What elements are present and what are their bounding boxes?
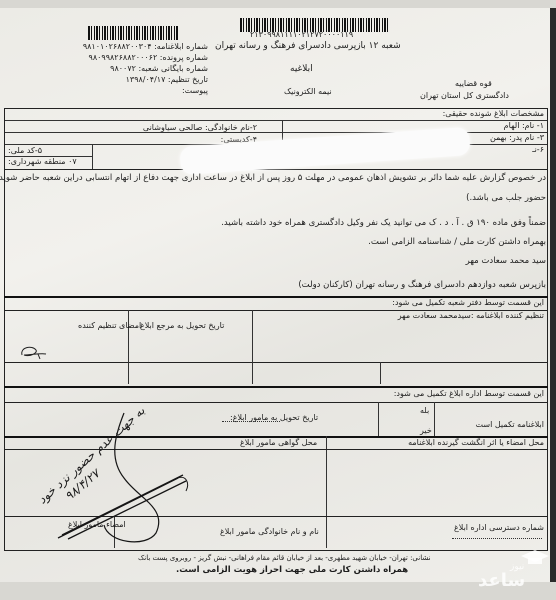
officer-witness-place: محل گواهی مامور ابلاغ — [240, 438, 317, 447]
office-section-title: این قسمت توسط دفتر شعبه تکمیل می شود: — [392, 298, 544, 307]
preparer-name: تنظیم کننده ابلاغنامه :سیدمحمد سعادت مهر — [398, 311, 544, 320]
footer-address: نشانی: تهران- خیابان شهید مطهری- بعد از … — [138, 554, 431, 562]
footer-id-notice: همراه داشتن کارت ملی جهت احراز هویت الزا… — [176, 565, 408, 575]
judiciary-label: قوه قضاییه — [455, 78, 492, 89]
branch-name: شعبه ۱۲ بازپرسی دادسرای فرهنگ و رسانه ته… — [215, 41, 401, 51]
body-paragraph-1-line-1: در خصوص گزارش علیه شما دائر بر تشویش اذه… — [0, 173, 546, 183]
notice-barcode — [88, 26, 178, 40]
municipal-district-field: ۰۷ منطقه شهرداری: — [8, 157, 77, 166]
graduation-cap-icon — [520, 548, 550, 566]
summons-document: شماره ابلاغنامه: ۹۸۱۰۱۰۲۶۸۸۲۰۰۳۰۴ شماره … — [0, 8, 556, 582]
access-number-dotted-line[interactable] — [452, 538, 542, 539]
national-code-field: ۵-کد ملی: — [8, 146, 42, 155]
case-number: شماره پرونده: ۹۸۰۹۹۸۲۶۸۸۲۰۰۰۶۲ — [78, 52, 208, 63]
issue-date: تاریخ تنظیم: ۱۳۹۸/۰۴/۱۷ — [78, 74, 208, 85]
barcode-number: ۲۱۳۰۹۹۸۱۱۱۱۰۲۱۲۷۲۰۰۰۰۱۱۹ — [250, 30, 353, 39]
body-paragraph-1-line-2: حضور جلب می باشد.) — [466, 193, 546, 203]
header-left-block: شماره ابلاغنامه: ۹۸۱۰۱۰۲۶۸۸۲۰۰۳۰۴ شماره … — [78, 41, 208, 96]
completed-label: ابلاغنامه تکمیل است — [476, 420, 544, 429]
office-col-divider-2 — [128, 310, 129, 362]
archive-number: شماره بایگانی شعبه: ۹۸۰۰۷۲ — [78, 63, 208, 74]
office-col-divider-1 — [252, 310, 253, 362]
address-field: ۶-نـ — [532, 145, 544, 154]
officer-name-label: نام و نام خانوادگی مامور ابلاغ — [220, 527, 319, 536]
no-option[interactable]: خیر — [420, 426, 432, 435]
page-edge-shadow — [550, 8, 556, 582]
yes-option[interactable]: بله — [420, 406, 429, 415]
first-name-field: ۱- نام: الهام — [504, 121, 544, 130]
attachment-label: پیوست: — [78, 85, 208, 96]
preparer-signature-label: امضای تنظیم کننده — [78, 321, 141, 330]
delivery-date-label: تاریخ تحویل به مرجع ابلاغ — [140, 321, 224, 330]
signer-name: سید محمد سعادت مهر — [466, 256, 546, 266]
court-label: دادگستری کل استان تهران — [420, 90, 509, 101]
officer-date-dotted-line[interactable] — [222, 421, 280, 422]
access-number-label: شماره دسترسی اداره ابلاغ — [454, 523, 544, 532]
preparer-signature-icon — [18, 343, 50, 361]
body-paragraph-2: ضمناً وفق ماده ۱۹۰ ق . آ . د . ک می توان… — [221, 218, 546, 228]
signer-title: بازپرس شعبه دوازدهم دادسرای فرهنگ و رسان… — [298, 280, 546, 290]
service-section-title: این قسمت توسط اداره ابلاغ تکمیل می شود: — [394, 389, 544, 398]
last-name-field: ۲-نام خانوادگی: صالحی سیاوشانی — [143, 123, 257, 132]
notice-number: شماره ابلاغنامه: ۹۸۱۰۱۰۲۶۸۸۲۰۰۳۰۴ — [78, 41, 208, 52]
document-title: ابلاغیه — [290, 64, 313, 74]
body-paragraph-3: بهمراه داشتن کارت ملی / شناسنامه الزامی … — [368, 237, 546, 247]
father-name-field: ۳- نام پدر: بهمن — [490, 133, 544, 142]
recipient-section-title: مشخصات ابلاغ شونده حقیقی: — [443, 109, 544, 118]
document-subtitle: نیمه الکترونیک — [284, 86, 332, 97]
recipient-signature-place: محل امضاء یا اثر انگشت گیرنده ابلاغنامه — [408, 438, 544, 447]
watermark-logo: ساعد — [478, 570, 525, 591]
